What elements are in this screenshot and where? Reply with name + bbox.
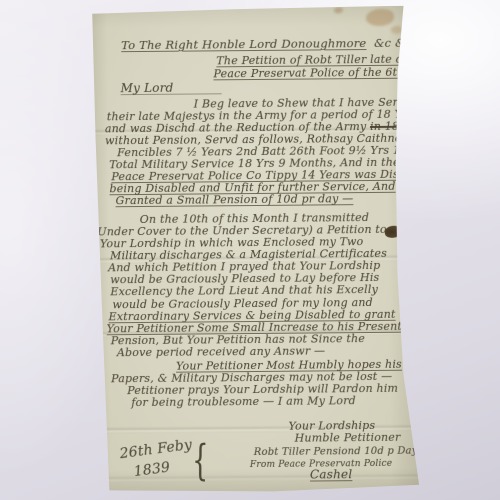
signature-line: Robt Tiller Pensiond 10d p Day — [254, 446, 418, 459]
date-brace: { — [192, 440, 209, 481]
paper-stain — [391, 26, 402, 34]
paper-stain — [366, 9, 394, 26]
date-day: 26th Feby — [119, 439, 193, 460]
ink-blot — [385, 226, 402, 238]
petition-title-line-2: Peace Preservat Police of the 6th Tippy — [213, 66, 440, 80]
letter-paper: To The Right Honble Lord Donoughmore &c … — [91, 6, 420, 495]
closing-line: Humble Petitioner — [295, 432, 401, 445]
address-text: To The Right Honble Lord Donoughmore — [121, 36, 366, 52]
signature-place: Cashel — [310, 468, 352, 480]
address-line: To The Right Honble Lord Donoughmore &c … — [121, 36, 449, 51]
salutation: My Lord — [121, 81, 222, 95]
body-line: Above period received any Answr — — [117, 345, 325, 359]
date-year: 1839 — [133, 461, 171, 478]
body-line: for being troublesome — I am My Lord — [131, 395, 356, 409]
address-etcetera: &c &c — &c — [374, 35, 449, 50]
paper-stain — [334, 7, 343, 13]
paper-stain — [398, 172, 403, 176]
struck-text: Fencibles — [417, 131, 472, 144]
photo-of-letter: To The Right Honble Lord Donoughmore &c … — [0, 0, 500, 500]
body-line: Granted a Small Pension of 10d pr day — — [116, 193, 354, 207]
